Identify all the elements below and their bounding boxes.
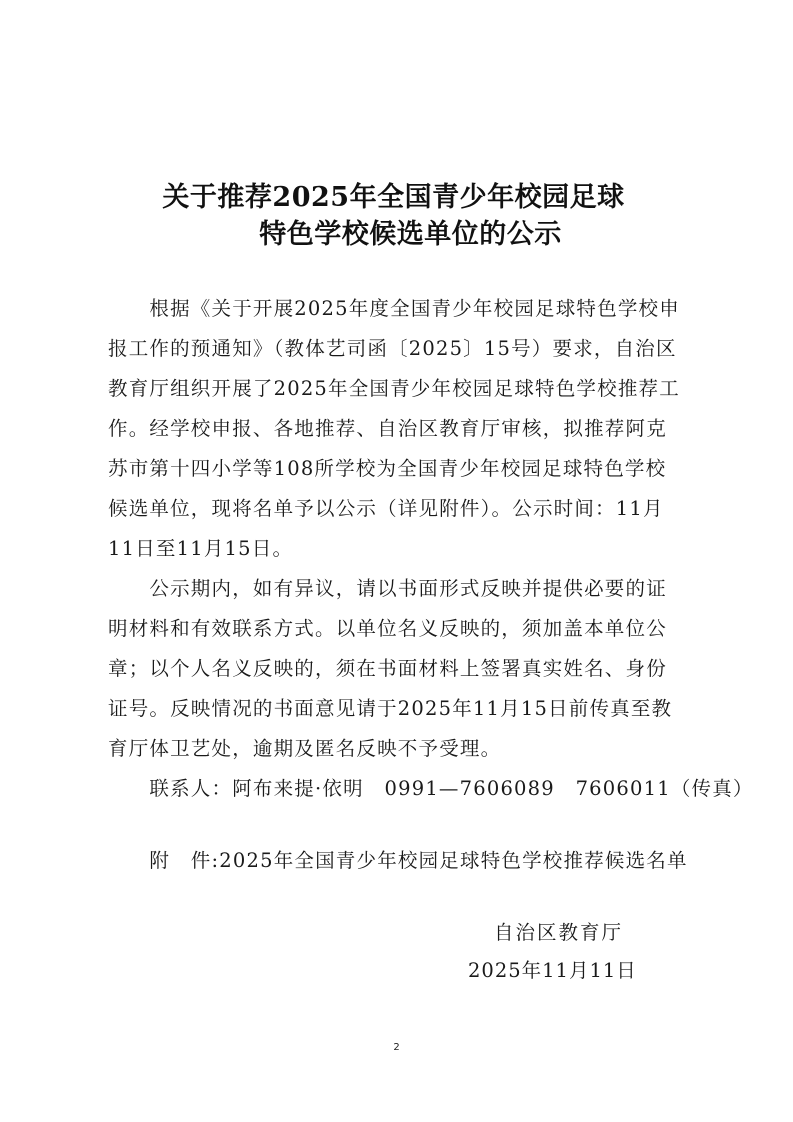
- signature-organization: 自治区教育厅: [494, 917, 623, 945]
- paragraph1-line: 教育厅组织开展了2025年全国青少年校园足球特色学校推荐工: [108, 370, 688, 408]
- paragraph1-line: 候选单位，现将名单予以公示（详见附件）。公示时间：11月: [108, 490, 688, 528]
- signature-date: 2025年11月11日: [468, 955, 637, 983]
- paragraph1-line: 报工作的预通知》（教体艺司函〔2025〕15号）要求，自治区: [108, 330, 688, 368]
- paragraph2-line: 公示期内，如有异议，请以书面形式反映并提供必要的证: [108, 570, 688, 608]
- paragraph2-line: 明材料和有效联系方式。以单位名义反映的，须加盖本单位公: [108, 610, 688, 648]
- document-title-line1: 关于推荐2025年全国青少年校园足球: [0, 180, 790, 216]
- contact-line: 联系人：阿布来提·依明 0991—7606089 7606011（传真）: [108, 770, 688, 808]
- paragraph1-line: 作。经学校申报、各地推荐、自治区教育厅审核，拟推荐阿克: [108, 410, 688, 448]
- attachment-line: 附 件:2025年全国青少年校园足球特色学校推荐候选名单: [108, 842, 688, 880]
- paragraph1-line: 11日至11月15日。: [108, 530, 688, 568]
- paragraph2-line: 章；以个人名义反映的，须在书面材料上签署真实姓名、身份: [108, 650, 688, 688]
- paragraph1-line: 苏市第十四小学等108所学校为全国青少年校园足球特色学校: [108, 450, 688, 488]
- document-title-line2: 特色学校候选单位的公示: [14, 217, 793, 253]
- paragraph1-line: 根据《关于开展2025年度全国青少年校园足球特色学校申: [108, 290, 688, 328]
- paragraph2-line: 育厅体卫艺处，逾期及匿名反映不予受理。: [108, 730, 688, 768]
- paragraph2-line: 证号。反映情况的书面意见请于2025年11月15日前传真至教: [108, 690, 688, 728]
- page-number: 2: [0, 1042, 793, 1053]
